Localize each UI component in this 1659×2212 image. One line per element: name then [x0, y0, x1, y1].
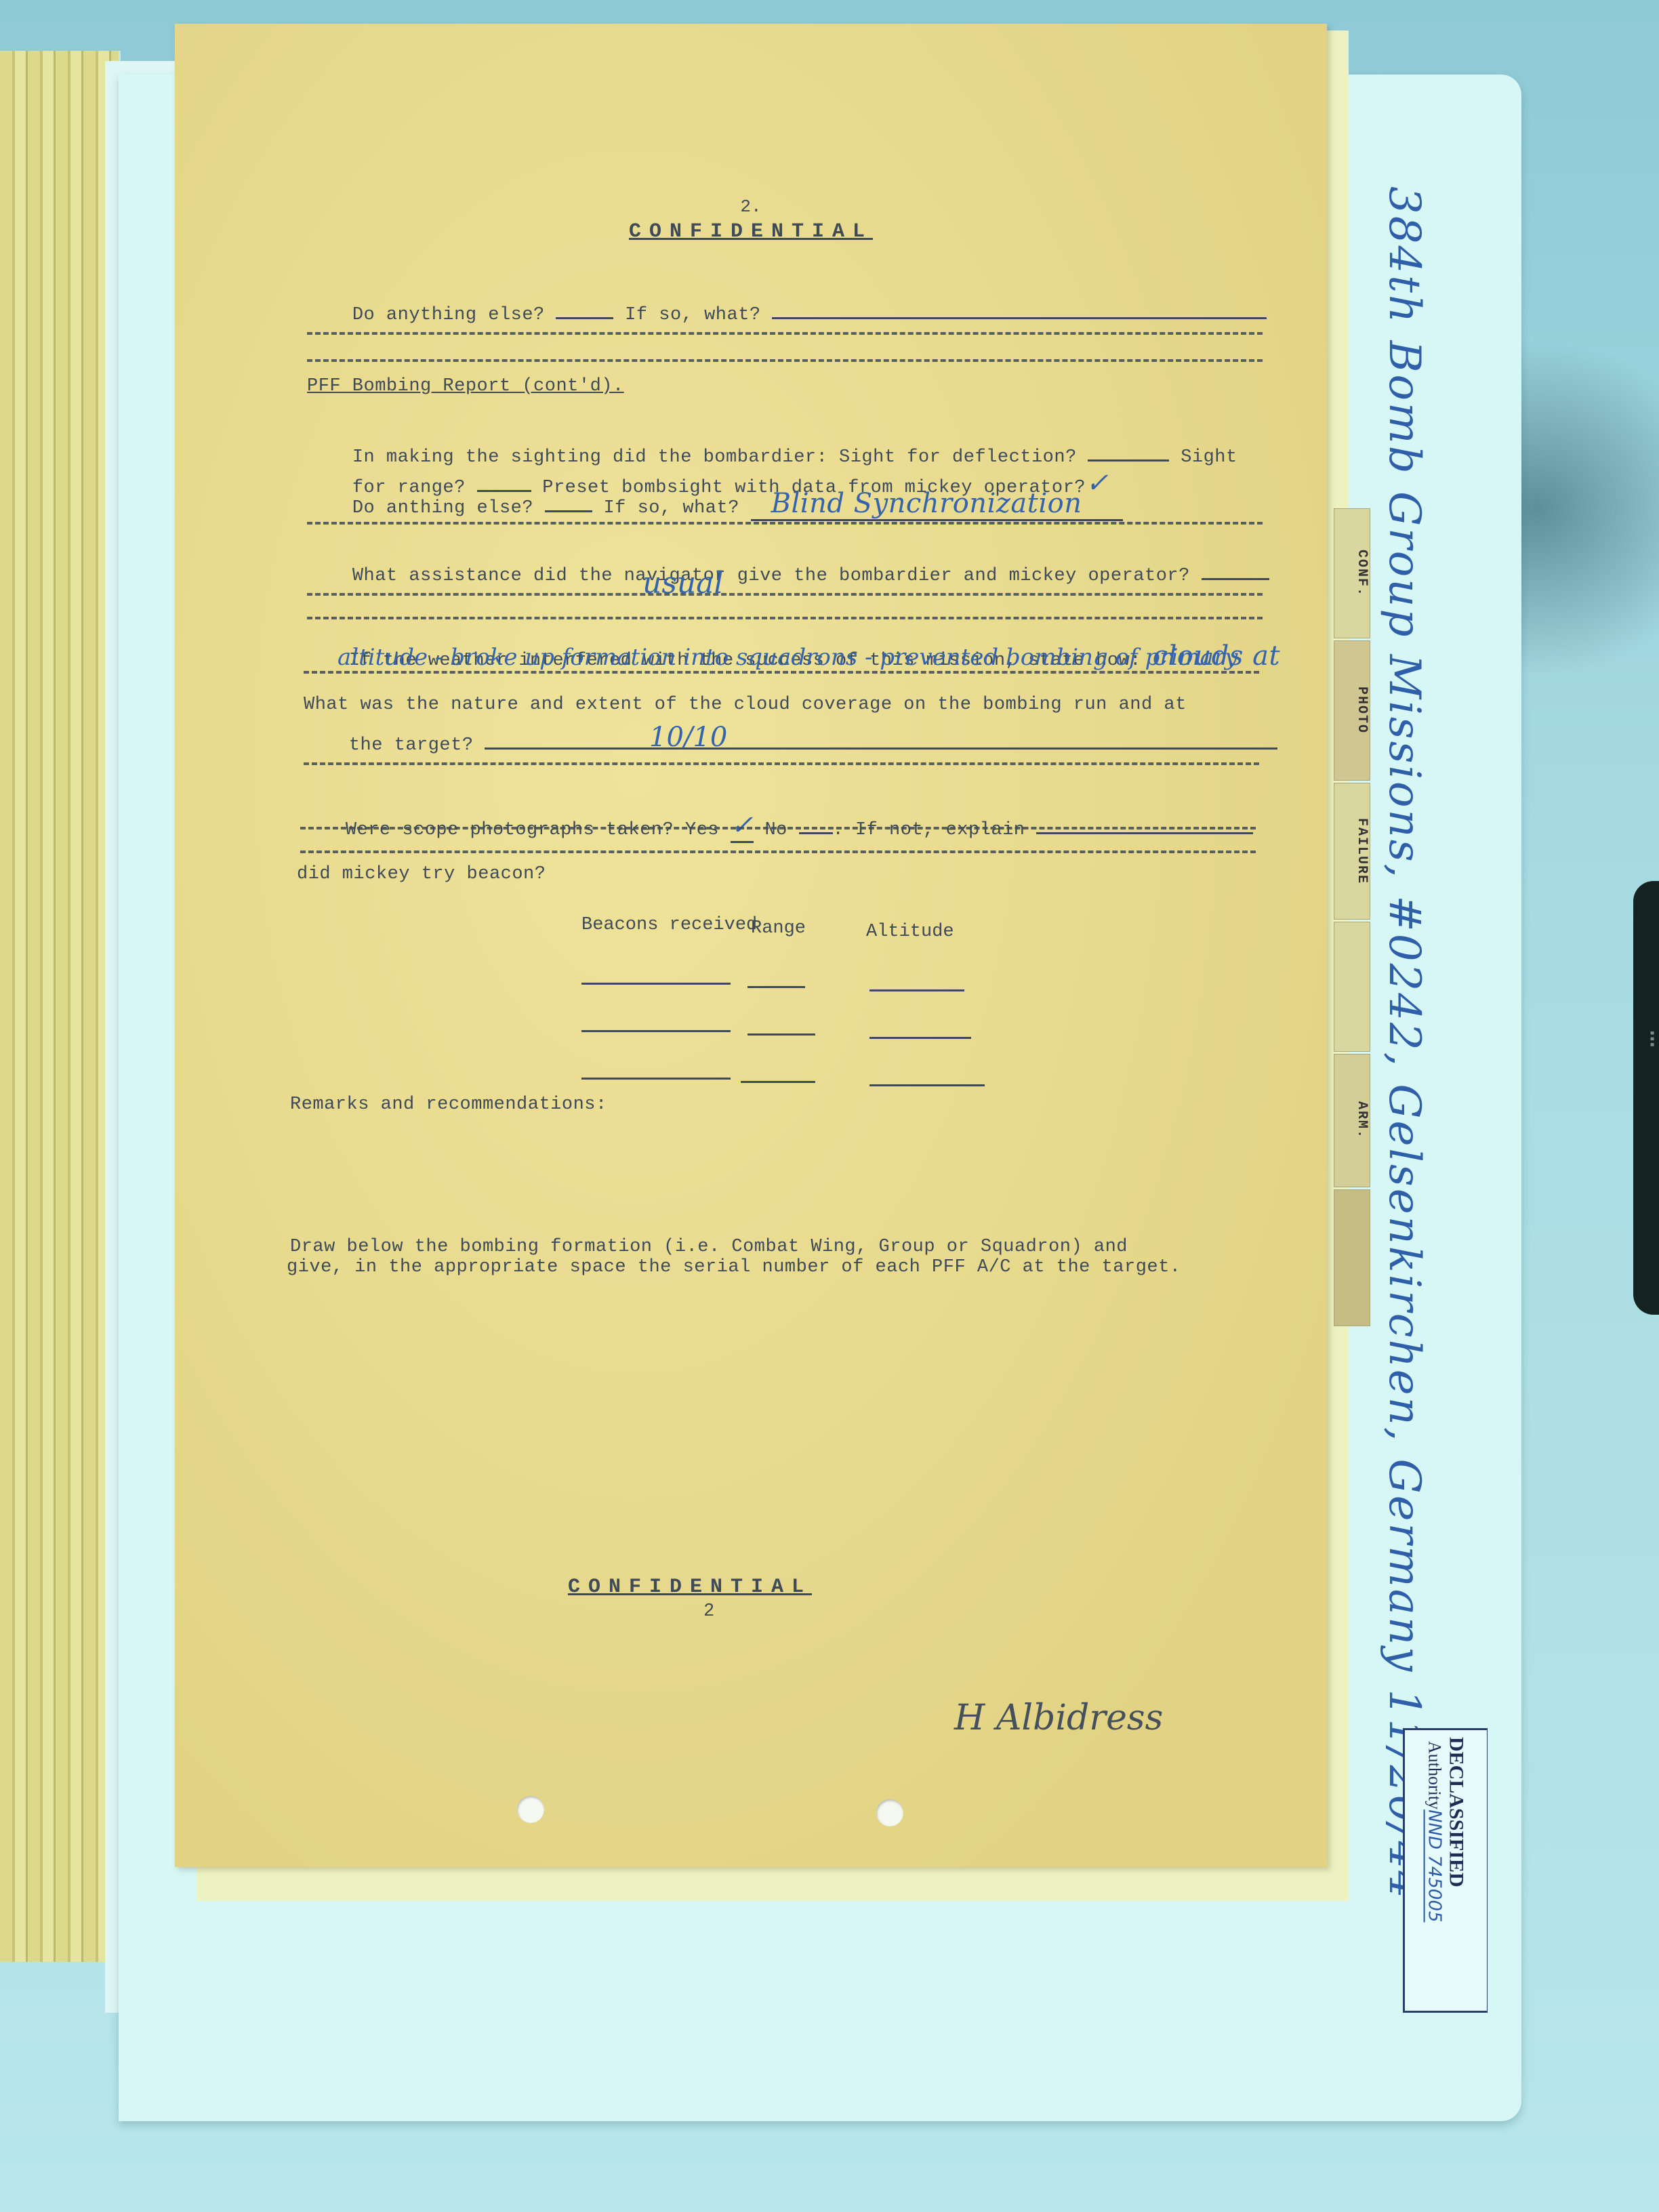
beacon-row-1-range[interactable] — [747, 986, 805, 988]
tab-conf[interactable]: CONF. — [1334, 508, 1370, 638]
page-number-top: 2. — [175, 197, 1327, 217]
phone-logo: ⋯ — [1641, 1030, 1659, 1048]
signature: H Albidress — [954, 1698, 1163, 1738]
field-cloud[interactable] — [485, 747, 1277, 750]
question-do-anything-else-2: Do anthing else? If so, what? Blind Sync… — [307, 468, 1123, 539]
column-altitude: Altitude — [866, 922, 954, 942]
folder-spine-note: 384th Bomb Group Missions, #0242, Gelsen… — [1379, 186, 1429, 1900]
answer-cloud: 10/10 — [649, 722, 727, 753]
tab-photo[interactable]: PHOTO — [1334, 640, 1370, 781]
tab-blank[interactable] — [1334, 922, 1370, 1052]
question-cloud-1: What was the nature and extent of the cl… — [304, 695, 1187, 715]
beacon-row-3-range[interactable] — [741, 1081, 815, 1083]
tab-blank-2[interactable] — [1334, 1189, 1370, 1326]
beacon-row-1-received[interactable] — [581, 983, 731, 985]
column-beacons-received: Beacons received — [581, 915, 757, 935]
question-do-anything-else: Do anything else? If so, what? — [307, 285, 1267, 346]
index-tabs: CONF. PHOTO FAILURE ARM. — [1334, 508, 1374, 1525]
remarks-label: Remarks and recommendations: — [290, 1094, 607, 1115]
rule — [307, 617, 1263, 619]
rule — [307, 332, 1263, 335]
classification-top: CONFIDENTIAL — [175, 220, 1327, 243]
page-number-bottom: 2 — [703, 1601, 715, 1622]
field-do-anything-else-2[interactable] — [545, 510, 592, 512]
rule — [304, 671, 1259, 674]
question-navigator: What assistance did the navigator give t… — [307, 546, 1269, 607]
field-explain[interactable] — [1036, 832, 1253, 834]
formation-drawing-area[interactable] — [287, 1291, 1235, 1576]
rule — [300, 851, 1256, 853]
draw-instruction-2: give, in the appropriate space the seria… — [287, 1257, 1181, 1277]
beacon-row-3-received[interactable] — [581, 1078, 731, 1080]
tab-arm[interactable]: ARM. — [1334, 1054, 1370, 1187]
field-no[interactable] — [799, 832, 833, 834]
field-do-anything-else[interactable] — [556, 317, 613, 319]
rule — [307, 359, 1263, 362]
rule — [304, 762, 1259, 765]
column-range: Range — [751, 918, 806, 939]
section-title: PFF Bombing Report (cont'd). — [307, 376, 624, 396]
stamp-title: DECLASSIFIED — [1445, 1737, 1468, 2004]
left-page-stack — [0, 51, 121, 1962]
field-navigator[interactable] — [1202, 578, 1269, 580]
declassified-stamp: DECLASSIFIED AuthorityNND 745005 — [1403, 1728, 1488, 2013]
beacon-row-2-received[interactable] — [581, 1030, 731, 1032]
answer-weather-2: altitude - broke up formation into squad… — [337, 644, 1237, 671]
punch-hole — [876, 1799, 903, 1826]
rule — [300, 827, 1256, 829]
rule — [307, 522, 1263, 525]
question-beacon: did mickey try beacon? — [297, 864, 546, 884]
answer-if-so-what-2[interactable]: Blind Synchronization — [751, 488, 1123, 521]
beacon-row-3-altitude[interactable] — [869, 1084, 985, 1086]
punch-hole — [517, 1796, 544, 1823]
remarks-field[interactable] — [290, 1125, 1239, 1240]
beacon-row-2-range[interactable] — [747, 1033, 815, 1036]
document-page: 2. CONFIDENTIAL Do anything else? If so,… — [175, 24, 1327, 1867]
phone-edge: ⋯ — [1633, 881, 1659, 1315]
classification-bottom: CONFIDENTIAL — [114, 1576, 1266, 1599]
rule — [307, 593, 1263, 596]
beacon-row-2-altitude[interactable] — [869, 1037, 971, 1039]
field-if-so-what[interactable] — [772, 317, 1267, 319]
beacon-row-1-altitude[interactable] — [869, 989, 964, 991]
tab-failure[interactable]: FAILURE — [1334, 783, 1370, 920]
stamp-authority: AuthorityNND 745005 — [1425, 1741, 1445, 2004]
question-cloud-2: the target? — [304, 715, 1277, 776]
draw-instruction-1: Draw below the bombing formation (i.e. C… — [290, 1237, 1128, 1257]
